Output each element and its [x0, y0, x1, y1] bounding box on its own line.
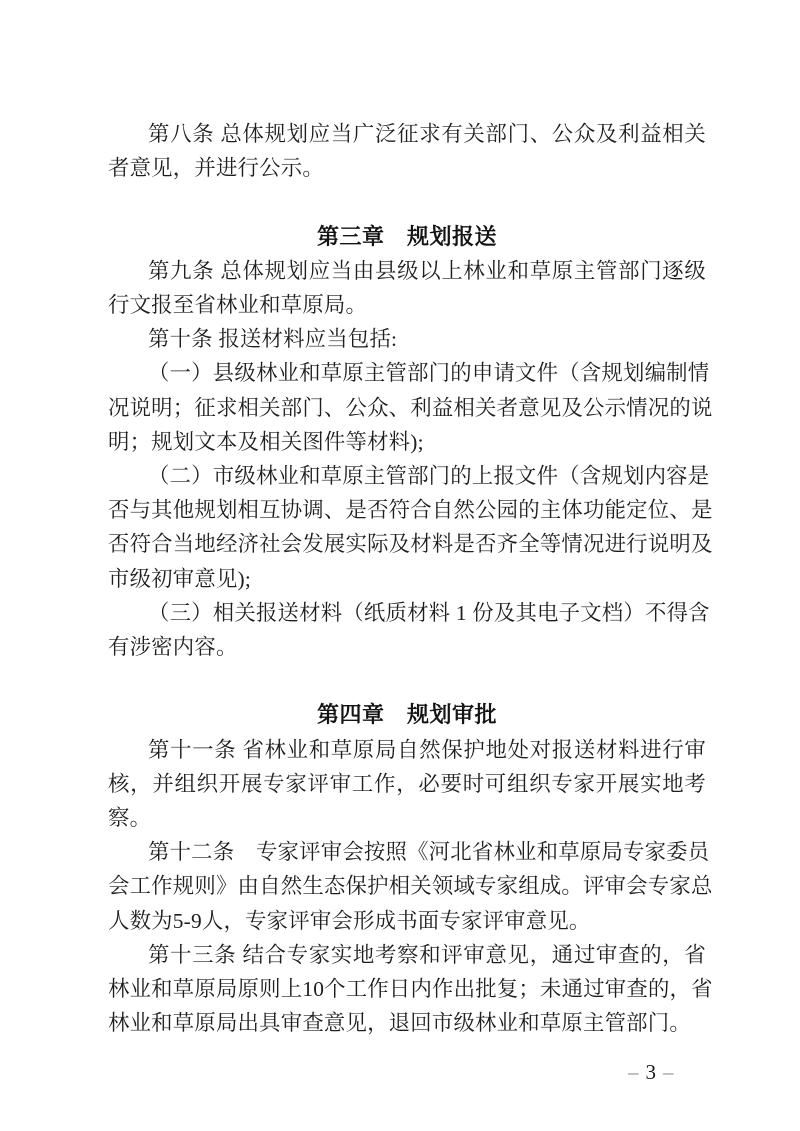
article-12-paragraph: 第十二条 专家评审会按照《河北省林业和草原局专家委员 会工作规则》由自然生态保护…	[108, 835, 706, 938]
page-number-left-dash: –	[628, 1060, 639, 1084]
text-line: 会工作规则》由自然生态保护相关领域专家组成。评审会专家总	[108, 869, 706, 903]
text-line: 者意见，并进行公示。	[108, 151, 706, 185]
text-line: 第十二条 专家评审会按照《河北省林业和草原局专家委员	[108, 835, 706, 869]
document-page: 第八条 总体规划应当广泛征求有关部门、公众及利益相关 者意见，并进行公示。 第三…	[0, 0, 800, 1131]
text-line: 第十条 报送材料应当包括:	[108, 322, 706, 356]
text-line: （一）县级林业和草原主管部门的申请文件（含规划编制情	[108, 356, 706, 390]
text-line: 林业和草原局原则上10个工作日内作出批复；未通过审查的，省	[108, 972, 706, 1006]
text-line: 有涉密内容。	[108, 630, 706, 664]
article-10-paragraph: 第十条 报送材料应当包括:	[108, 322, 706, 356]
text-line: 明；规划文本及相关图件等材料);	[108, 425, 706, 459]
page-number-right-dash: –	[663, 1060, 674, 1084]
text-line: 核，并组织开展专家评审工作，必要时可组织专家开展实地考	[108, 767, 706, 801]
text-line: 察。	[108, 801, 706, 835]
article-10-item-1: （一）县级林业和草原主管部门的申请文件（含规划编制情 况说明；征求相关部门、公众…	[108, 356, 706, 459]
text-line: 况说明；征求相关部门、公众、利益相关者意见及公示情况的说	[108, 391, 706, 425]
text-line: （三）相关报送材料（纸质材料 1 份及其电子文档）不得含	[108, 596, 706, 630]
article-9-paragraph: 第九条 总体规划应当由县级以上林业和草原主管部门逐级 行文报至省林业和草原局。	[108, 254, 706, 322]
text-line: 第九条 总体规划应当由县级以上林业和草原主管部门逐级	[108, 254, 706, 288]
article-10-item-2: （二）市级林业和草原主管部门的上报文件（含规划内容是 否与其他规划相互协调、是否…	[108, 459, 706, 596]
article-13-paragraph: 第十三条 结合专家实地考察和评审意见，通过审查的，省 林业和草原局原则上10个工…	[108, 938, 706, 1041]
text-line: 第十一条 省林业和草原局自然保护地处对报送材料进行审	[108, 733, 706, 767]
text-line: 第八条 总体规划应当广泛征求有关部门、公众及利益相关	[108, 117, 706, 151]
text-line: （二）市级林业和草原主管部门的上报文件（含规划内容是	[108, 459, 706, 493]
chapter-heading-4: 第四章 规划审批	[108, 698, 706, 732]
text-line: 人数为5-9人，专家评审会形成书面专家评审意见。	[108, 904, 706, 938]
text-line: 林业和草原局出具审查意见，退回市级林业和草原主管部门。	[108, 1006, 706, 1040]
page-number: –3–	[628, 1059, 674, 1085]
text-line: 否符合当地经济社会发展实际及材料是否齐全等情况进行说明及	[108, 527, 706, 561]
page-number-value: 3	[639, 1060, 664, 1084]
text-line: 否与其他规划相互协调、是否符合自然公园的主体功能定位、是	[108, 493, 706, 527]
text-line: 市级初审意见);	[108, 562, 706, 596]
chapter-heading-3: 第三章 规划报送	[108, 220, 706, 254]
article-10-item-3: （三）相关报送材料（纸质材料 1 份及其电子文档）不得含 有涉密内容。	[108, 596, 706, 664]
text-line: 第十三条 结合专家实地考察和评审意见，通过审查的，省	[108, 938, 706, 972]
text-line: 行文报至省林业和草原局。	[108, 288, 706, 322]
article-11-paragraph: 第十一条 省林业和草原局自然保护地处对报送材料进行审 核，并组织开展专家评审工作…	[108, 733, 706, 836]
article-8-paragraph: 第八条 总体规划应当广泛征求有关部门、公众及利益相关 者意见，并进行公示。	[108, 117, 706, 185]
document-body: 第八条 总体规划应当广泛征求有关部门、公众及利益相关 者意见，并进行公示。 第三…	[108, 117, 706, 1040]
